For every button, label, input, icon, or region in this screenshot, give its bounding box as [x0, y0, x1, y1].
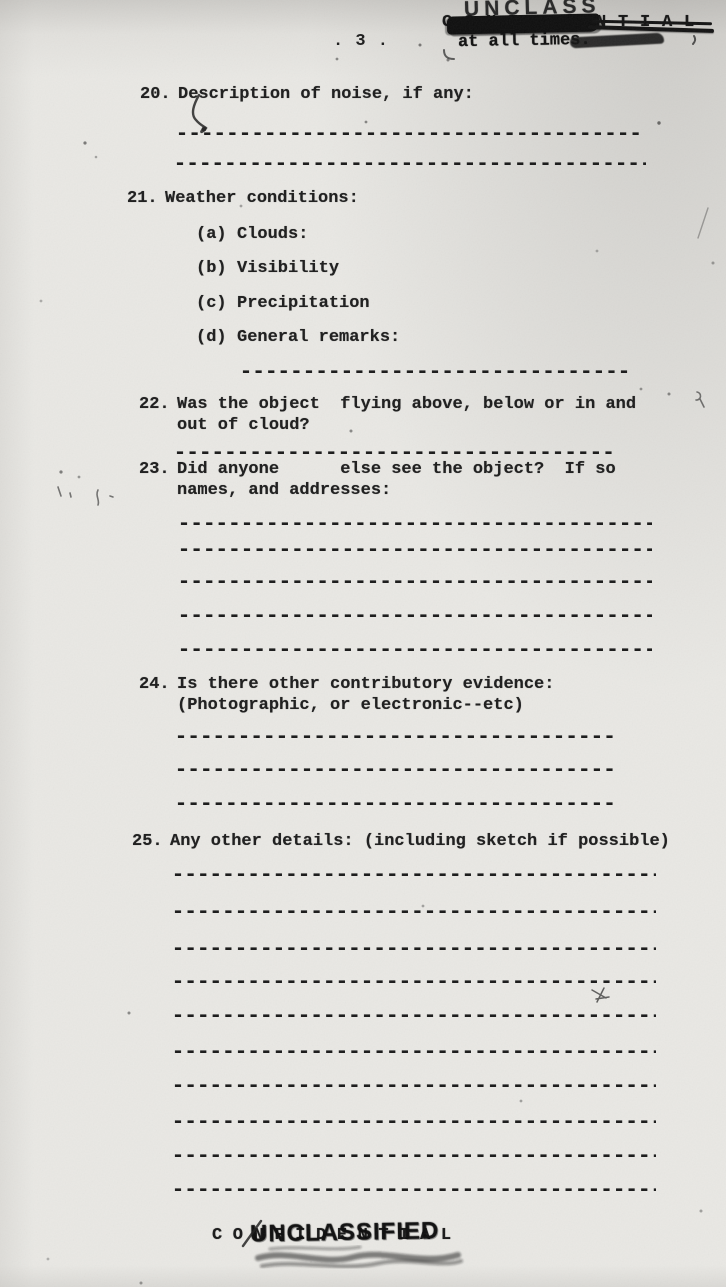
item-text: Any other details: (including sketch if …: [170, 831, 670, 852]
dotted-answer-line: ----------------------------------------…: [172, 971, 656, 983]
handwritten-scribble-right-margin: [696, 392, 704, 407]
dotted-answer-line: ----------------------------------------…: [172, 938, 656, 950]
subitem-text: Visibility: [237, 258, 339, 279]
item-number: 21.: [127, 188, 165, 209]
form-item-21c: (c) Precipitation: [196, 293, 370, 314]
dotted-answer-line: ----------------------------------------…: [176, 123, 644, 135]
form-item-21: 21. Weather conditions:: [127, 188, 359, 209]
subitem-text: Precipitation: [237, 293, 370, 314]
subitem-text: General remarks:: [237, 327, 400, 348]
item-number: 25.: [132, 831, 170, 852]
form-item-25: 25. Any other details: (including sketch…: [132, 831, 670, 852]
subitem-label: (c): [196, 293, 237, 314]
unclassified-stamp-bottom: UNCLASSIFIED: [250, 1217, 440, 1248]
form-item-21b: (b) Visibility: [196, 258, 339, 279]
dotted-answer-line: ----------------------------------------…: [174, 153, 646, 165]
subitem-text: Clouds:: [237, 224, 308, 245]
subitem-label: (b): [196, 258, 237, 279]
item-text: Is there other contributory evidence: (P…: [177, 674, 554, 716]
dotted-answer-line: ----------------------------------------…: [172, 1111, 656, 1123]
dotted-answer-line: ----------------------------------------…: [175, 759, 615, 771]
ink-comma-mark: [693, 36, 695, 44]
ink-scribble-item25: [592, 988, 609, 1002]
item-number: 24.: [139, 674, 177, 716]
handwritten-margin-marks: [58, 487, 113, 505]
page-number: . 3 .: [333, 32, 389, 51]
form-item-24: 24. Is there other contributory evidence…: [139, 674, 554, 716]
form-item-21a: (a) Clouds:: [196, 224, 308, 245]
form-item-20: 20. Description of noise, if any:: [140, 84, 474, 105]
ink-hook-mark: [444, 50, 454, 59]
form-item-21d: (d) General remarks:: [196, 327, 400, 348]
item-text: Weather conditions:: [165, 188, 359, 209]
dotted-answer-line: ----------------------------------------…: [178, 539, 652, 551]
dotted-answer-line: ----------------------------------------…: [172, 1075, 656, 1087]
dotted-answer-line: ----------------------------------------…: [240, 361, 630, 373]
item-number: 20.: [140, 84, 178, 105]
scan-scratch: [698, 208, 708, 238]
item-number: 22.: [139, 394, 177, 436]
dotted-answer-line: ----------------------------------------…: [175, 726, 615, 738]
dotted-answer-line: ----------------------------------------…: [172, 1145, 656, 1157]
item-text: Description of noise, if any:: [178, 84, 474, 105]
signature-smudge: [258, 1247, 461, 1266]
dotted-answer-line: ----------------------------------------…: [175, 793, 615, 805]
scanned-form-page: UNCLASS C O N F I D E N T I A L at all t…: [0, 0, 726, 1287]
dotted-answer-line: ----------------------------------------…: [172, 1179, 656, 1191]
item-text: Did anyone else see the object? If so na…: [177, 459, 616, 501]
item-text: Was the object flying above, below or in…: [177, 394, 636, 436]
dotted-answer-line: ----------------------------------------…: [178, 605, 652, 617]
paper-specks: [0, 0, 2, 2]
dotted-answer-line: ----------------------------------------…: [178, 639, 652, 651]
subitem-label: (d): [196, 327, 237, 348]
form-item-22: 22. Was the object flying above, below o…: [139, 394, 636, 436]
dotted-answer-line: ----------------------------------------…: [174, 442, 614, 454]
item-number: 23.: [139, 459, 177, 501]
dotted-answer-line: ----------------------------------------…: [172, 901, 656, 913]
dotted-answer-line: ----------------------------------------…: [172, 1005, 656, 1017]
dotted-answer-line: ----------------------------------------…: [178, 571, 652, 583]
dotted-answer-line: ----------------------------------------…: [172, 864, 656, 876]
dotted-answer-line: ----------------------------------------…: [178, 513, 652, 525]
subitem-label: (a): [196, 224, 237, 245]
form-item-23: 23. Did anyone else see the object? If s…: [139, 459, 616, 501]
dotted-answer-line: ----------------------------------------…: [172, 1041, 656, 1053]
